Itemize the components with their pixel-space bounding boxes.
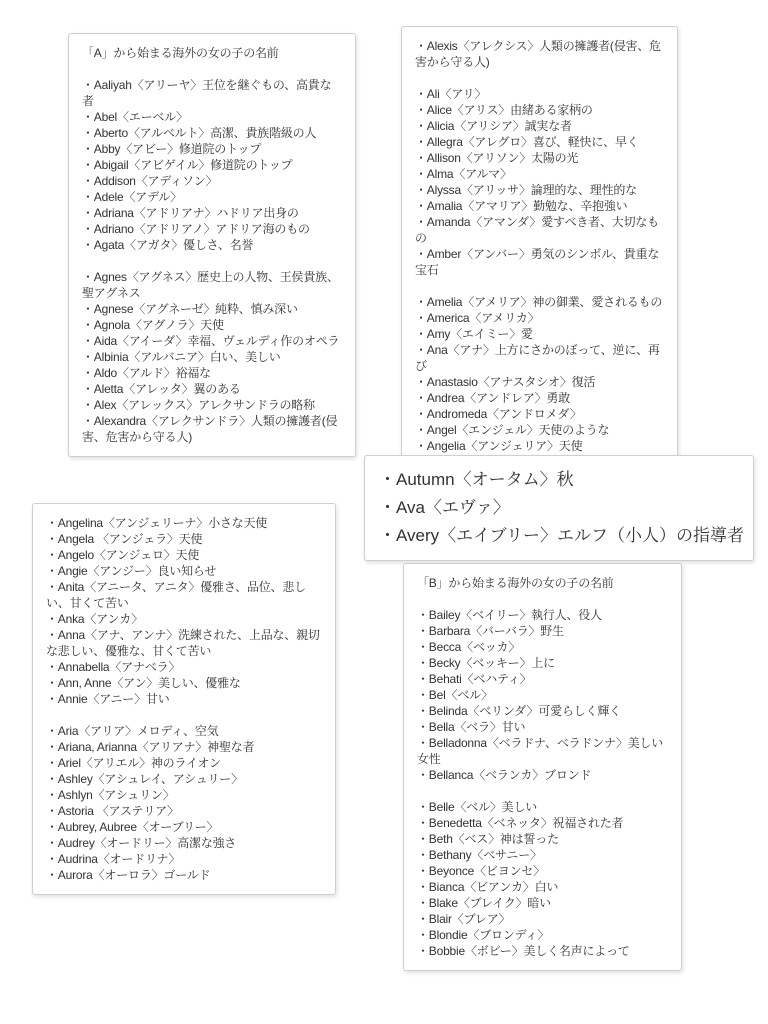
name-entry: ・Bel〈ベル〉 xyxy=(417,687,668,703)
name-entry: ・Anka〈アンカ〉 xyxy=(46,611,322,627)
name-entry: ・Aria〈アリア〉メロディ、空気 xyxy=(46,723,322,739)
name-entry: ・Bellanca〈ベランカ〉ブロンド xyxy=(417,767,668,783)
name-entry: ・Ashley〈アシュレイ、アシュリー〉 xyxy=(46,771,322,787)
name-entry: ・Astoria 〈アステリア〉 xyxy=(46,803,322,819)
name-entry: ・Alice〈アリス〉由緒ある家柄の xyxy=(415,102,664,118)
name-entry: ・Aida〈アイーダ〉幸福、ヴェルディ作のオペラ xyxy=(82,333,342,349)
name-entry: ・Benedetta〈ベネッタ〉祝福された者 xyxy=(417,815,668,831)
name-entry: ・Ariel〈アリエル〉神のライオン xyxy=(46,755,322,771)
name-entry: ・Aletta〈アレッタ〉翼のある xyxy=(82,381,342,397)
name-entry: ・Agata〈アガタ〉優しさ、名誉 xyxy=(82,237,342,253)
name-entry: ・Agnese〈アグネーゼ〉純粋、慎み深い xyxy=(82,301,342,317)
name-entry: ・Blair〈ブレア〉 xyxy=(417,911,668,927)
name-group: ・Ali〈アリ〉・Alice〈アリス〉由緒ある家柄の・Alicia〈アリシア〉誠… xyxy=(415,86,664,278)
name-entry: ・Amelia〈アメリア〉神の御業、愛されるもの xyxy=(415,294,664,310)
name-group: ・Amelia〈アメリア〉神の御業、愛されるもの・America〈アメリカ〉・A… xyxy=(415,294,664,470)
name-entry: ・Audrey〈オードリー〉高潔な強さ xyxy=(46,835,322,851)
name-entry: ・Allison〈アリソン〉太陽の光 xyxy=(415,150,664,166)
name-entry: ・Alex〈アレックス〉アレクサンドラの略称 xyxy=(82,397,342,413)
name-entry: ・Bailey〈ベイリー〉執行人、役人 xyxy=(417,607,668,623)
name-entry: ・Barbara〈バーバラ〉野生 xyxy=(417,623,668,639)
name-group: ・Aaliyah〈アリーヤ〉王位を継ぐもの、高貴な者・Abel〈エーベル〉・Ab… xyxy=(82,77,342,253)
name-entry: ・Aurora〈オーロラ〉ゴールド xyxy=(46,867,322,883)
name-entry: ・Allegra〈アレグロ〉喜び、軽快に、早く xyxy=(415,134,664,150)
name-group: ・Bailey〈ベイリー〉執行人、役人・Barbara〈バーバラ〉野生・Becc… xyxy=(417,607,668,783)
name-entry: ・Becky〈ベッキー〉上に xyxy=(417,655,668,671)
name-entry: ・Aaliyah〈アリーヤ〉王位を継ぐもの、高貴な者 xyxy=(82,77,342,109)
name-entry: ・Ava〈エヴァ〉 xyxy=(379,494,747,522)
name-entry: ・Blake〈ブレイク〉暗い xyxy=(417,895,668,911)
name-entry: ・Blondie〈ブロンディ〉 xyxy=(417,927,668,943)
name-list-card-b: 「B」から始まる海外の女の子の名前・Bailey〈ベイリー〉執行人、役人・Bar… xyxy=(403,563,682,971)
name-group: ・Belle〈ベル〉美しい・Benedetta〈ベネッタ〉祝福された者・Beth… xyxy=(417,799,668,959)
screenshot-collage-canvas: { "colors": { "background": "#ffffff", "… xyxy=(0,0,768,1024)
name-entry: ・Avery〈エイブリー〉エルフ（小人）の指導者 xyxy=(379,522,747,550)
name-entry: ・Behati〈ベハティ〉 xyxy=(417,671,668,687)
name-entry: ・Bella〈ベラ〉甘い xyxy=(417,719,668,735)
name-entry: ・Angel〈エンジェル〉天使のような xyxy=(415,422,664,438)
name-group: ・Agnes〈アグネス〉歴史上の人物、王侯貴族、聖アグネス・Agnese〈アグネ… xyxy=(82,269,342,445)
name-entry: ・Aubrey, Aubree〈オーブリー〉 xyxy=(46,819,322,835)
name-list-card-a-part2: ・Alexis〈アレクシス〉人類の擁護者(侵害、危害から守る人)・Ali〈アリ〉… xyxy=(401,26,678,482)
name-entry: ・Belinda〈ベリンダ〉可愛らしく輝く xyxy=(417,703,668,719)
name-entry: ・Angelina〈アンジェリーナ〉小さな天使 xyxy=(46,515,322,531)
name-entry: ・Ana〈アナ〉上方にさかのぼって、逆に、再び xyxy=(415,342,664,374)
name-entry: ・Alyssa〈アリッサ〉論理的な、理性的な xyxy=(415,182,664,198)
name-entry: ・Amy〈エイミー〉愛 xyxy=(415,326,664,342)
name-entry: ・Adele〈アデル〉 xyxy=(82,189,342,205)
name-list-card-a-highlight: ・Autumn〈オータム〉秋・Ava〈エヴァ〉・Avery〈エイブリー〉エルフ（… xyxy=(364,455,754,561)
name-entry: ・Amanda〈アマンダ〉愛すべき者、大切なもの xyxy=(415,214,664,246)
name-entry: ・Addison〈アディソン〉 xyxy=(82,173,342,189)
name-entry: ・Alexandra〈アレクサンドラ〉人類の擁護者(侵害、危害から守る人) xyxy=(82,413,342,445)
name-entry: ・Autumn〈オータム〉秋 xyxy=(379,466,747,494)
name-entry: ・Alicia〈アリシア〉誠実な者 xyxy=(415,118,664,134)
card-title: 「B」から始まる海外の女の子の名前 xyxy=(417,575,668,591)
name-entry: ・Bobbie〈ボビー〉美しく名声によって xyxy=(417,943,668,959)
name-entry: ・Aldo〈アルド〉裕福な xyxy=(82,365,342,381)
name-entry: ・Ali〈アリ〉 xyxy=(415,86,664,102)
name-entry: ・Alma〈アルマ〉 xyxy=(415,166,664,182)
name-entry: ・Andromeda〈アンドロメダ〉 xyxy=(415,406,664,422)
name-entry: ・Beyonce〈ビヨンセ〉 xyxy=(417,863,668,879)
name-group: ・Angelina〈アンジェリーナ〉小さな天使・Angela 〈アンジェラ〉天使… xyxy=(46,515,322,707)
name-entry: ・Bethany〈ベサニー〉 xyxy=(417,847,668,863)
name-entry: ・Becca〈ベッカ〉 xyxy=(417,639,668,655)
name-entry: ・Belle〈ベル〉美しい xyxy=(417,799,668,815)
name-entry: ・Ariana, Arianna〈アリアナ〉神聖な者 xyxy=(46,739,322,755)
name-list-card-a-part3: ・Angelina〈アンジェリーナ〉小さな天使・Angela 〈アンジェラ〉天使… xyxy=(32,503,336,895)
name-entry: ・Adriano〈アドリアノ〉アドリア海のもの xyxy=(82,221,342,237)
name-entry: ・Bianca〈ビアンカ〉白い xyxy=(417,879,668,895)
name-entry: ・Amber〈アンバー〉勇気のシンボル、貴重な宝石 xyxy=(415,246,664,278)
card-title: 「A」から始まる海外の女の子の名前 xyxy=(82,45,342,61)
name-entry: ・Annabella〈アナベラ〉 xyxy=(46,659,322,675)
name-list-card-a-part1: 「A」から始まる海外の女の子の名前・Aaliyah〈アリーヤ〉王位を継ぐもの、高… xyxy=(68,33,356,457)
name-entry: ・Anna〈アナ、アンナ〉洗練された、上品な、親切な悲しい、優雅な、甘くて苦い xyxy=(46,627,322,659)
name-group: ・Alexis〈アレクシス〉人類の擁護者(侵害、危害から守る人) xyxy=(415,38,664,70)
name-entry: ・Abigail〈アビゲイル〉修道院のトップ xyxy=(82,157,342,173)
name-entry: ・America〈アメリカ〉 xyxy=(415,310,664,326)
name-entry: ・Agnola〈アグノラ〉天使 xyxy=(82,317,342,333)
name-entry: ・Albinia〈アルバニア〉白い、美しい xyxy=(82,349,342,365)
name-group: ・Aria〈アリア〉メロディ、空気・Ariana, Arianna〈アリアナ〉神… xyxy=(46,723,322,883)
name-entry: ・Annie〈アニー〉甘い xyxy=(46,691,322,707)
name-entry: ・Andrea〈アンドレア〉勇敢 xyxy=(415,390,664,406)
name-entry: ・Agnes〈アグネス〉歴史上の人物、王侯貴族、聖アグネス xyxy=(82,269,342,301)
name-entry: ・Angie〈アンジー〉良い知らせ xyxy=(46,563,322,579)
name-entry: ・Angelia〈アンジェリア〉天使 xyxy=(415,438,664,454)
name-entry: ・Abby〈アビー〉修道院のトップ xyxy=(82,141,342,157)
name-entry: ・Alexis〈アレクシス〉人類の擁護者(侵害、危害から守る人) xyxy=(415,38,664,70)
name-entry: ・Aberto〈アルベルト〉高潔、貴族階級の人 xyxy=(82,125,342,141)
name-entry: ・Belladonna〈ベラドナ、ベラドンナ〉美しい女性 xyxy=(417,735,668,767)
name-entry: ・Anastasio〈アナスタシオ〉復活 xyxy=(415,374,664,390)
name-entry: ・Amalia〈アマリア〉勤勉な、辛抱強い xyxy=(415,198,664,214)
name-entry: ・Angelo〈アンジェロ〉天使 xyxy=(46,547,322,563)
name-entry: ・Adriana〈アドリアナ〉ハドリア出身の xyxy=(82,205,342,221)
name-entry: ・Ashlyn〈アシュリン〉 xyxy=(46,787,322,803)
name-entry: ・Abel〈エーベル〉 xyxy=(82,109,342,125)
name-entry: ・Audrina〈オードリナ〉 xyxy=(46,851,322,867)
name-entry: ・Anita〈アニータ、アニタ〉優雅さ、品位、悲しい、甘くて苦い xyxy=(46,579,322,611)
name-entry: ・Beth〈ベス〉神は誓った xyxy=(417,831,668,847)
name-group: ・Autumn〈オータム〉秋・Ava〈エヴァ〉・Avery〈エイブリー〉エルフ（… xyxy=(379,466,747,550)
name-entry: ・Ann, Anne〈アン〉美しい、優雅な xyxy=(46,675,322,691)
name-entry: ・Angela 〈アンジェラ〉天使 xyxy=(46,531,322,547)
